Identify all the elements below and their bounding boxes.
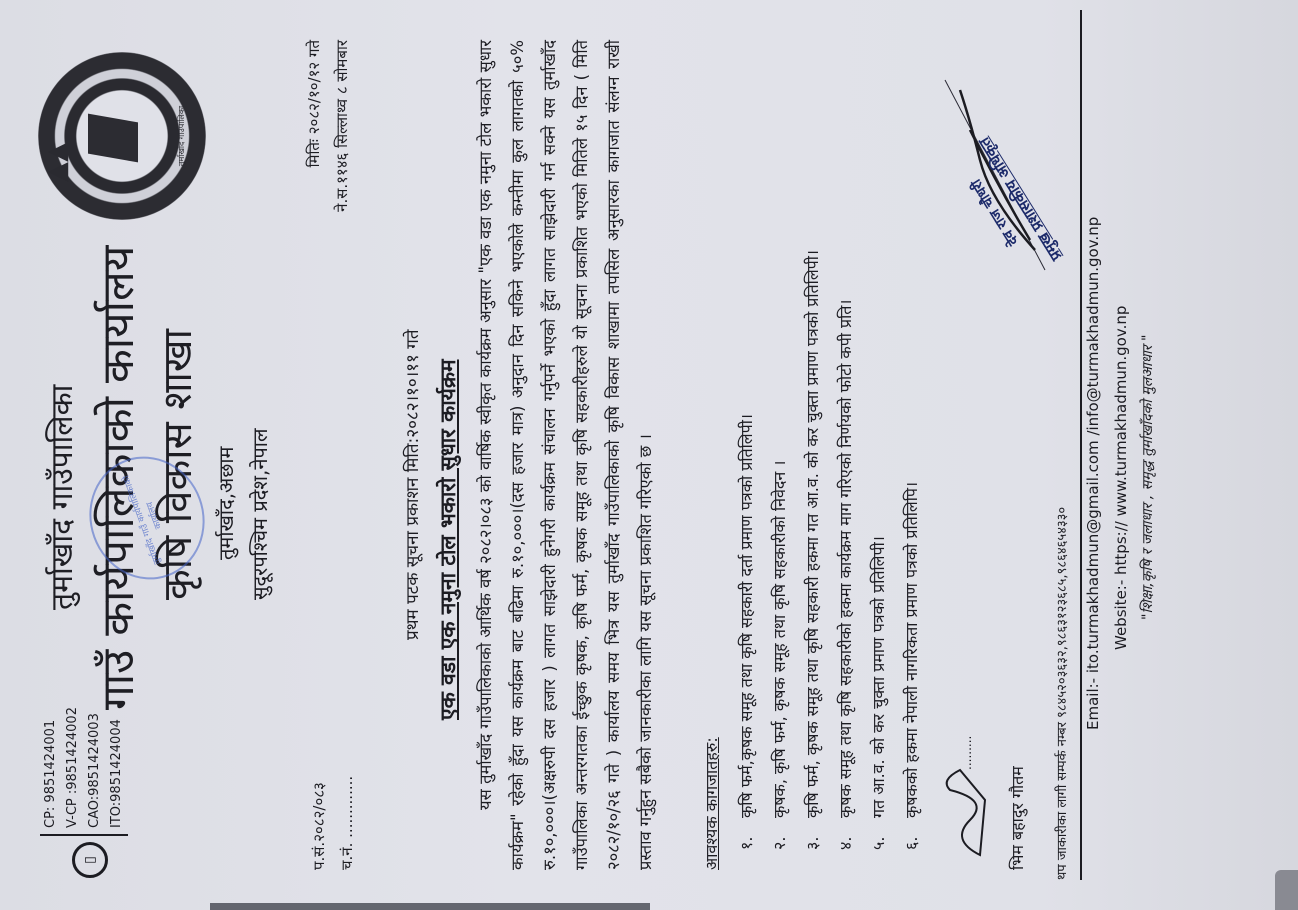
- list-item: ४.कृषक समूह तथा कृषि सहकारीको हकमा कार्य…: [829, 30, 862, 850]
- list-item: २.कृषक, कृषि फर्म, कृषक समूह तथा कृषि सह…: [763, 30, 796, 850]
- requirements-heading: आवश्यक कागजातहरु:: [700, 737, 722, 870]
- date-nepal-sambat: ने.स.११४६ सिल्लाथ्व ८ सोमबार: [328, 40, 356, 340]
- contact-ito: ITO:9851424004: [106, 707, 128, 828]
- contact-numbers-footer: थप जाकारीका लागी सम्पर्क नम्बर ९८४५२०३६३…: [1052, 507, 1070, 880]
- address-line-1: तुर्माखाँद,अछाम: [212, 447, 239, 561]
- municipality-name: तुर्माखाँद गाउँपालिका: [40, 385, 81, 610]
- list-item: १.कृषि फर्म,कृषक समूह तथा कृषि सहकारी दर…: [730, 30, 763, 850]
- footer-motto: "शिक्षा,कृषि र जलाधार , समृद्ध तुर्माखाँ…: [1138, 335, 1157, 620]
- mobile-phone-icon: ▯: [72, 842, 108, 878]
- contact-cao: CAO:9851424003: [84, 707, 106, 828]
- mountain-icon: ▲▲: [42, 142, 72, 182]
- list-item: ३.कृषि फर्म, कृषक समूह तथा कृषि सहकारी ह…: [796, 30, 829, 850]
- reference-block: प.सं.२०८२/०८३ च.नं. .............: [305, 776, 361, 870]
- notice-body: यस तुर्माखाँद गाउँपालिकाको आर्थिक वर्ष २…: [470, 40, 662, 870]
- letter-page: ▲▲ तुर्माखाँद गाउँपालिका तुर्माखाँद गाउँ…: [0, 0, 1298, 910]
- nepal-emblem-logo: ▲▲ तुर्माखाँद गाउँपालिका: [38, 52, 206, 220]
- letter-number: प.सं.२०८२/०८३: [305, 776, 333, 870]
- flag-icon: [88, 114, 138, 163]
- date-block: मितिः २०८२/१०/१२ गते ने.स.११४६ सिल्लाथ्व…: [300, 40, 356, 340]
- signatory-left-name: भिम बहादुर गौतम: [1006, 766, 1028, 870]
- date-bs: मितिः २०८२/१०/१२ गते: [300, 40, 328, 340]
- dispatch-number: च.नं. .............: [333, 776, 361, 870]
- address-line-2: सुदूरपश्चिम प्रदेश,नेपाल: [246, 428, 273, 600]
- notice-title: एक वडा एक नमुना टोल भकारो सुधार कार्यक्र…: [434, 359, 462, 720]
- requirements-list: १.कृषि फर्म,कृषक समूह तथा कृषि सहकारी दर…: [730, 30, 928, 850]
- list-item: ६.कृषकको हकमा नेपाली नागरिकता प्रमाण पत्…: [895, 30, 928, 850]
- seal-text: तुर्माखाँद गाउँ कार्यपालिकाको कार्यालय: [114, 457, 179, 579]
- contact-cp: CP: 9851424001: [40, 707, 62, 828]
- contact-numbers: CP: 9851424001 V-CP :9851424002 CAO:9851…: [40, 707, 128, 836]
- footer-email: Email:- ito.turmakhadmun@gmail.com /info…: [1084, 217, 1102, 730]
- signature-dots: .........: [960, 736, 974, 770]
- publication-date: प्रथम पटक सूचना प्रकाशन मिति:२०८२।१०।११ …: [400, 329, 423, 640]
- footer-divider: [1080, 10, 1082, 880]
- logo-ring-text: तुर्माखाँद गाउँपालिका: [176, 82, 187, 190]
- contact-vcp: V-CP :9851424002: [62, 707, 84, 828]
- footer-website: Website:- https:// www.turmakhadmun.gov.…: [1112, 306, 1130, 650]
- list-item: ५.गत आ.व. को कर चुक्ता प्रमाण पत्रको प्र…: [862, 30, 895, 850]
